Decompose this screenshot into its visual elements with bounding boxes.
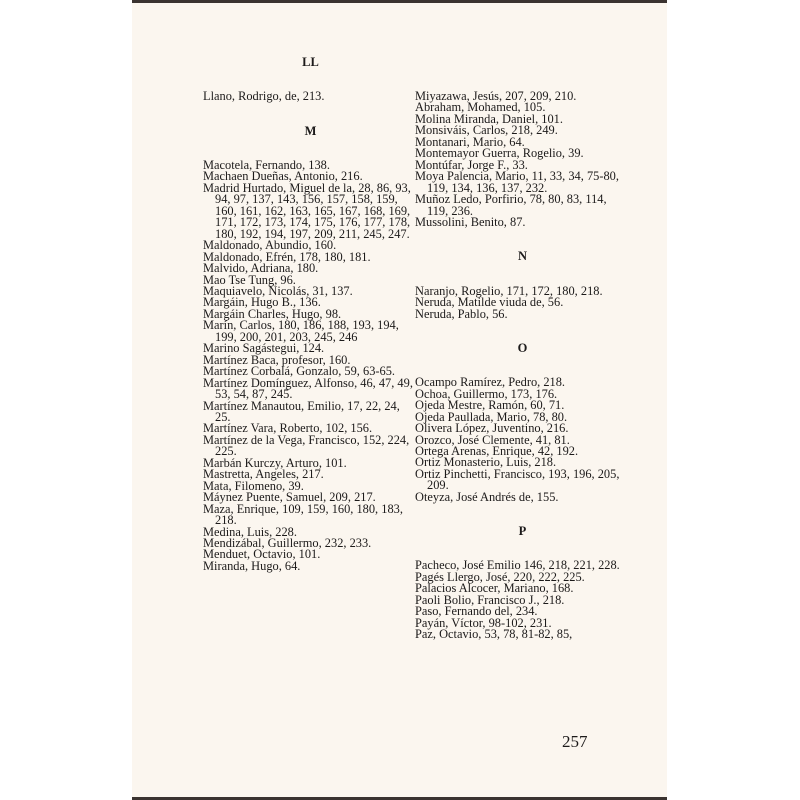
index-column-left: LLLlano, Rodrigo, de, 213.MMacotela, Fer… (203, 57, 418, 572)
section-letter-heading: N (415, 251, 630, 262)
index-entry: Muñoz Ledo, Porfirio, 78, 80, 83, 114, 1… (415, 194, 630, 217)
index-entry: Oteyza, José Andrés de, 155. (415, 492, 630, 503)
section-letter-heading: P (415, 526, 630, 537)
section-spacer (415, 320, 630, 343)
index-entry: Llano, Rodrigo, de, 213. (203, 91, 418, 102)
section-spacer (415, 263, 630, 286)
section-spacer (203, 137, 418, 160)
section-spacer (203, 103, 418, 126)
page-number: 257 (562, 732, 588, 752)
index-entry: Martínez de la Vega, Francisco, 152, 224… (203, 435, 418, 458)
index-entry: Moya Palencia, Mario, 11, 33, 34, 75-80,… (415, 171, 630, 194)
index-entry: Martínez Manautou, Emilio, 17, 22, 24, 2… (203, 401, 418, 424)
index-entry: Ortiz Pinchetti, Francisco, 193, 196, 20… (415, 469, 630, 492)
section-letter-heading: M (203, 126, 418, 137)
index-entry: Maza, Enrique, 109, 159, 160, 180, 183, … (203, 504, 418, 527)
section-spacer (415, 538, 630, 561)
index-entry: Miranda, Hugo, 64. (203, 561, 418, 572)
index-entry: Neruda, Pablo, 56. (415, 309, 630, 320)
index-entry: Paz, Octavio, 53, 78, 81-82, 85, (415, 629, 630, 640)
section-spacer (415, 228, 630, 251)
section-letter-heading: O (415, 343, 630, 354)
section-spacer (203, 68, 418, 91)
index-column-right: Miyazawa, Jesús, 207, 209, 210.Abraham, … (415, 91, 630, 641)
section-letter-heading: LL (203, 57, 418, 68)
page-top-edge (132, 0, 667, 3)
section-spacer (415, 354, 630, 377)
index-entry: Marín, Carlos, 180, 186, 188, 193, 194, … (203, 320, 418, 343)
index-entry: Madrid Hurtado, Miguel de la, 28, 86, 93… (203, 183, 418, 240)
section-spacer (415, 503, 630, 526)
index-entry: Mussolini, Benito, 87. (415, 217, 630, 228)
index-entry: Martínez Domínguez, Alfonso, 46, 47, 49,… (203, 378, 418, 401)
